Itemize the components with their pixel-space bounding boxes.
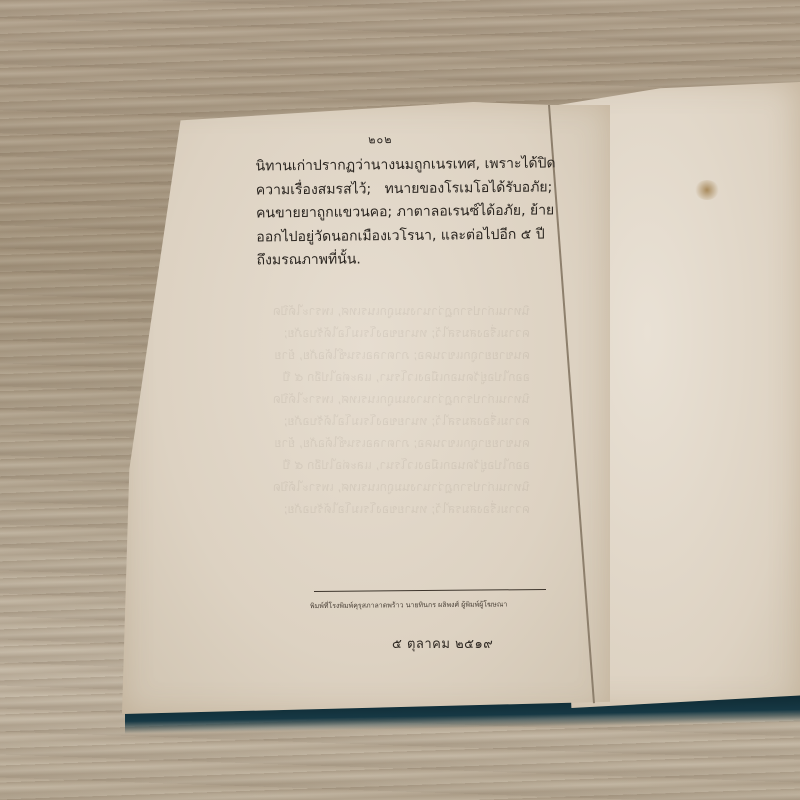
printer-colophon: พิมพ์ที่โรงพิมพ์คุรุสภาลาดพร้าว นายทินกร… — [310, 599, 570, 612]
print-date: ๕ ตุลาคม ๒๕๑๙ — [392, 633, 493, 654]
bleed-line: ความเรื่องสมรสไว้; ทนายของโรเมโอได้รับอภ… — [200, 498, 530, 520]
page-text-block: ๒๐๒ นิทานเก่าปรากฏว่านางนมถูกเนรเทศ, เพร… — [255, 128, 546, 273]
bleed-line: นิทานเก่าปรากฏว่านางนมถูกเนรเทศ, เพราะได… — [200, 476, 530, 498]
body-line-1: นิทานเก่าปรากฏว่านางนมถูกเนรเทศ, เพราะได… — [256, 152, 546, 179]
bleed-line: คนขายยาถูกแขวนคอ; ภาตาลอเรนซ์ได้อภัย, ย้… — [200, 432, 530, 454]
body-line-5: ถึงมรณภาพที่นั้น. — [257, 246, 547, 273]
bleed-line: ความเรื่องสมรสไว้; ทนายของโรเมโอได้รับอภ… — [200, 410, 530, 432]
bleed-line: นิทานเก่าปรากฏว่านางนมถูกเนรเทศ, เพราะได… — [200, 300, 530, 322]
bleed-line: ออกไปอยู่วัดนอกเมืองเวโรนา, และต่อไปอีก … — [200, 454, 530, 476]
body-line-2: ความเรื่องสมรสไว้; ทนายของโรเมโอได้รับอภ… — [256, 176, 546, 203]
bleed-line: ออกไปอยู่วัดนอกเมืองเวโรนา, และต่อไปอีก … — [200, 366, 530, 388]
bleed-line: นิทานเก่าปรากฏว่านางนมถูกเนรเทศ, เพราะได… — [200, 388, 530, 410]
bleed-through-text: นิทานเก่าปรากฏว่านางนมถูกเนรเทศ, เพราะได… — [200, 300, 530, 600]
body-line-3: คนขายยาถูกแขวนคอ; ภาตาลอเรนซ์ได้อภัย, ย้… — [256, 199, 546, 226]
page-number: ๒๐๒ — [255, 128, 545, 149]
bleed-line: ความเรื่องสมรสไว้; ทนายของโรเมโอได้รับอภ… — [200, 322, 530, 344]
page-stain — [695, 180, 719, 200]
bleed-line: คนขายยาถูกแขวนคอ; ภาตาลอเรนซ์ได้อภัย, ย้… — [200, 344, 530, 366]
body-line-4: ออกไปอยู่วัดนอกเมืองเวโรนา, และต่อไปอีก … — [256, 223, 546, 250]
